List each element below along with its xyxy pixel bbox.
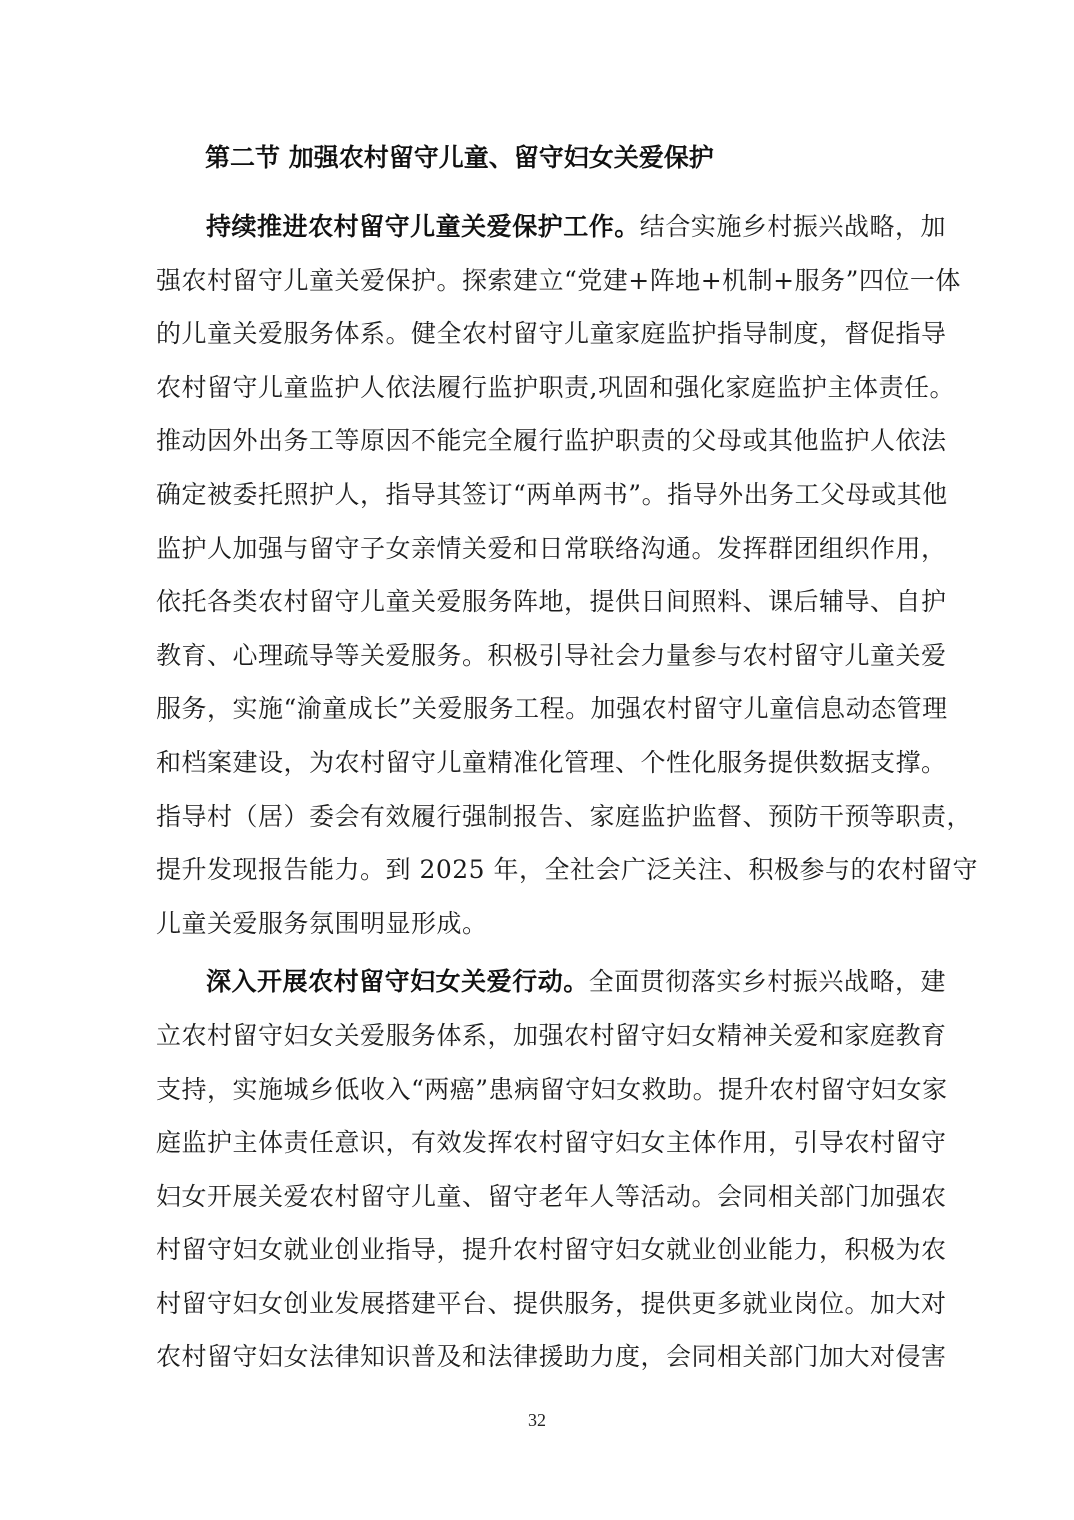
paragraph-line: 服务，实施“渝童成长”关爱服务工程。加强农村留守儿童信息动态管理 (156, 682, 946, 736)
paragraph-line: 强农村留守儿童关爱保护。探索建立“党建+阵地+机制+服务”四位一体 (156, 254, 946, 308)
page-number: 32 (0, 1408, 1074, 1432)
paragraph-children-care: 持续推进农村留守儿童关爱保护工作。结合实施乡村振兴战略，加 强农村留守儿童关爱保… (156, 200, 946, 950)
paragraph-first-line: 深入开展农村留守妇女关爱行动。全面贯彻落实乡村振兴战略，建 (156, 955, 946, 1009)
paragraph-line: 的儿童关爱服务体系。健全农村留守儿童家庭监护指导制度，督促指导 (156, 307, 946, 361)
paragraph-line: 推动因外出务工等原因不能完全履行监护职责的父母或其他监护人依法 (156, 414, 946, 468)
paragraph-women-care: 深入开展农村留守妇女关爱行动。全面贯彻落实乡村振兴战略，建 立农村留守妇女关爱服… (156, 955, 946, 1384)
paragraph-line: 妇女开展关爱农村留守儿童、留守老年人等活动。会同相关部门加强农 (156, 1170, 946, 1224)
paragraph-text: 结合实施乡村振兴战略，加 (640, 212, 946, 241)
paragraph-line: 儿童关爱服务氛围明显形成。 (156, 897, 946, 951)
paragraph-line: 立农村留守妇女关爱服务体系，加强农村留守妇女精神关爱和家庭教育 (156, 1009, 946, 1063)
body-text: 持续推进农村留守儿童关爱保护工作。结合实施乡村振兴战略，加 强农村留守儿童关爱保… (156, 200, 946, 1384)
paragraph-line: 提升发现报告能力。到 2025 年，全社会广泛关注、积极参与的农村留守 (156, 843, 946, 897)
paragraph-lead-heading: 持续推进农村留守儿童关爱保护工作。 (206, 212, 640, 241)
paragraph-line: 支持，实施城乡低收入“两癌”患病留守妇女救助。提升农村留守妇女家 (156, 1063, 946, 1117)
document-page: 第二节 加强农村留守儿童、留守妇女关爱保护 持续推进农村留守儿童关爱保护工作。结… (0, 0, 1074, 1520)
paragraph-line: 监护人加强与留守子女亲情关爱和日常联络沟通。发挥群团组织作用， (156, 522, 946, 576)
paragraph-line: 教育、心理疏导等关爱服务。积极引导社会力量参与农村留守儿童关爱 (156, 629, 946, 683)
paragraph-lead-heading: 深入开展农村留守妇女关爱行动。 (206, 967, 589, 996)
paragraph-text: 全面贯彻落实乡村振兴战略，建 (589, 967, 946, 996)
section-title: 第二节 加强农村留守儿童、留守妇女关爱保护 (205, 140, 714, 176)
paragraph-line: 依托各类农村留守儿童关爱服务阵地，提供日间照料、课后辅导、自护 (156, 575, 946, 629)
paragraph-line: 农村留守妇女法律知识普及和法律援助力度，会同相关部门加大对侵害 (156, 1330, 946, 1384)
paragraph-line: 村留守妇女就业创业指导，提升农村留守妇女就业创业能力，积极为农 (156, 1223, 946, 1277)
paragraph-line: 农村留守儿童监护人依法履行监护职责,巩固和强化家庭监护主体责任。 (156, 361, 946, 415)
paragraph-line: 指导村（居）委会有效履行强制报告、家庭监护监督、预防干预等职责， (156, 790, 946, 844)
paragraph-line: 庭监护主体责任意识，有效发挥农村留守妇女主体作用，引导农村留守 (156, 1116, 946, 1170)
paragraph-line: 确定被委托照护人，指导其签订“两单两书”。指导外出务工父母或其他 (156, 468, 946, 522)
paragraph-line: 和档案建设，为农村留守儿童精准化管理、个性化服务提供数据支撑。 (156, 736, 946, 790)
paragraph-line: 村留守妇女创业发展搭建平台、提供服务，提供更多就业岗位。加大对 (156, 1277, 946, 1331)
paragraph-first-line: 持续推进农村留守儿童关爱保护工作。结合实施乡村振兴战略，加 (156, 200, 946, 254)
